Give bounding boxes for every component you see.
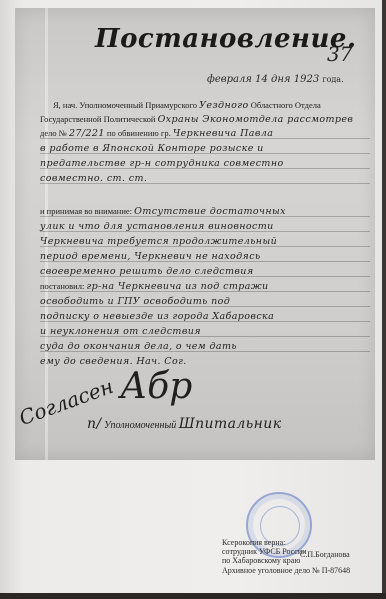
handwritten-text: Уездного xyxy=(199,100,248,111)
printed-text: Государственной Политической xyxy=(40,114,155,124)
body-line: период времени, Черкневич не находясь xyxy=(40,251,261,262)
date-handwritten: февраля 14 дня xyxy=(207,74,291,85)
body-line: совместно. ст. ст. xyxy=(40,173,147,184)
body-line: и неуклонения от следствия xyxy=(40,326,201,337)
document-number: 37 xyxy=(327,42,352,66)
document-date: февраля 14 дня 1923 года. xyxy=(207,74,344,85)
body-line: подписку о невыезде из города Хабаровска xyxy=(40,311,274,322)
authorized-signature: Шпитальник xyxy=(179,416,282,432)
document-facsimile: Постановление. 37 февраля 14 дня 1923 го… xyxy=(15,8,375,460)
body-line: в работе в Японской Конторе розыске и xyxy=(40,143,264,154)
printed-text: Я, нач. Уполномоченный Приамурского xyxy=(53,100,197,110)
certification-line: Ксерокопия верна: xyxy=(222,538,285,547)
body-line: освободить и ГПУ освободить под xyxy=(40,296,230,307)
body-line: своевременно решить дело следствия xyxy=(40,266,254,277)
book-edge-bottom xyxy=(0,593,386,599)
signature-label: Уполномоченный xyxy=(104,420,176,431)
printed-text: постановил: xyxy=(40,281,84,291)
chief-signature: Абр xyxy=(120,366,192,407)
paper-fold xyxy=(45,8,48,460)
printed-text: по обвинению гр. xyxy=(107,128,171,138)
authorized-signature-line: п/ Уполномоченный Шпитальник xyxy=(87,416,281,432)
printed-text: Областного Отдела xyxy=(251,100,321,110)
certification-line: сотрудник УФСБ России xyxy=(222,547,306,556)
body-line: предательстве гр-н сотрудника совместно xyxy=(40,158,284,169)
archive-case-number: Архивное уголовное дело № П-87648 xyxy=(222,566,350,575)
body-line: дело № 27/221 по обвинению гр. Черкневич… xyxy=(40,128,273,139)
printed-text: и принимая во внимание: xyxy=(40,206,132,216)
body-line: улик и что для установления виновности xyxy=(40,221,274,232)
body-line: постановил: гр-на Черкневича из под стра… xyxy=(40,281,269,292)
document-title: Постановление. xyxy=(95,24,357,54)
body-line: Государственной Политической Охраны Экон… xyxy=(40,114,353,125)
body-line: и принимая во внимание: Отсутствие доста… xyxy=(40,206,286,217)
certification-signer: С.П.Богданова xyxy=(300,550,350,559)
body-line: Я, нач. Уполномоченный Приамурского Уезд… xyxy=(53,100,321,111)
body-line: Черкневича требуется продолжительный xyxy=(40,236,277,247)
handwritten-text: гр-на Черкневича из под стражи xyxy=(86,281,268,292)
printed-text: дело № xyxy=(40,128,67,138)
handwritten-text: Отсутствие достаточных xyxy=(134,206,286,217)
handwritten-text: Черкневича Павла xyxy=(173,128,273,139)
book-edge xyxy=(382,0,386,599)
handwritten-text: 27/221 xyxy=(69,128,105,139)
date-year: 1923 xyxy=(294,74,319,85)
date-suffix: года. xyxy=(322,75,343,84)
certification-line: по Хабаровскому краю xyxy=(222,556,300,565)
signature-prefix: п/ xyxy=(87,416,102,432)
body-line: суда до окончания дела, о чем дать xyxy=(40,341,237,352)
handwritten-text: Охраны Экономотдела рассмотрев xyxy=(158,114,354,125)
